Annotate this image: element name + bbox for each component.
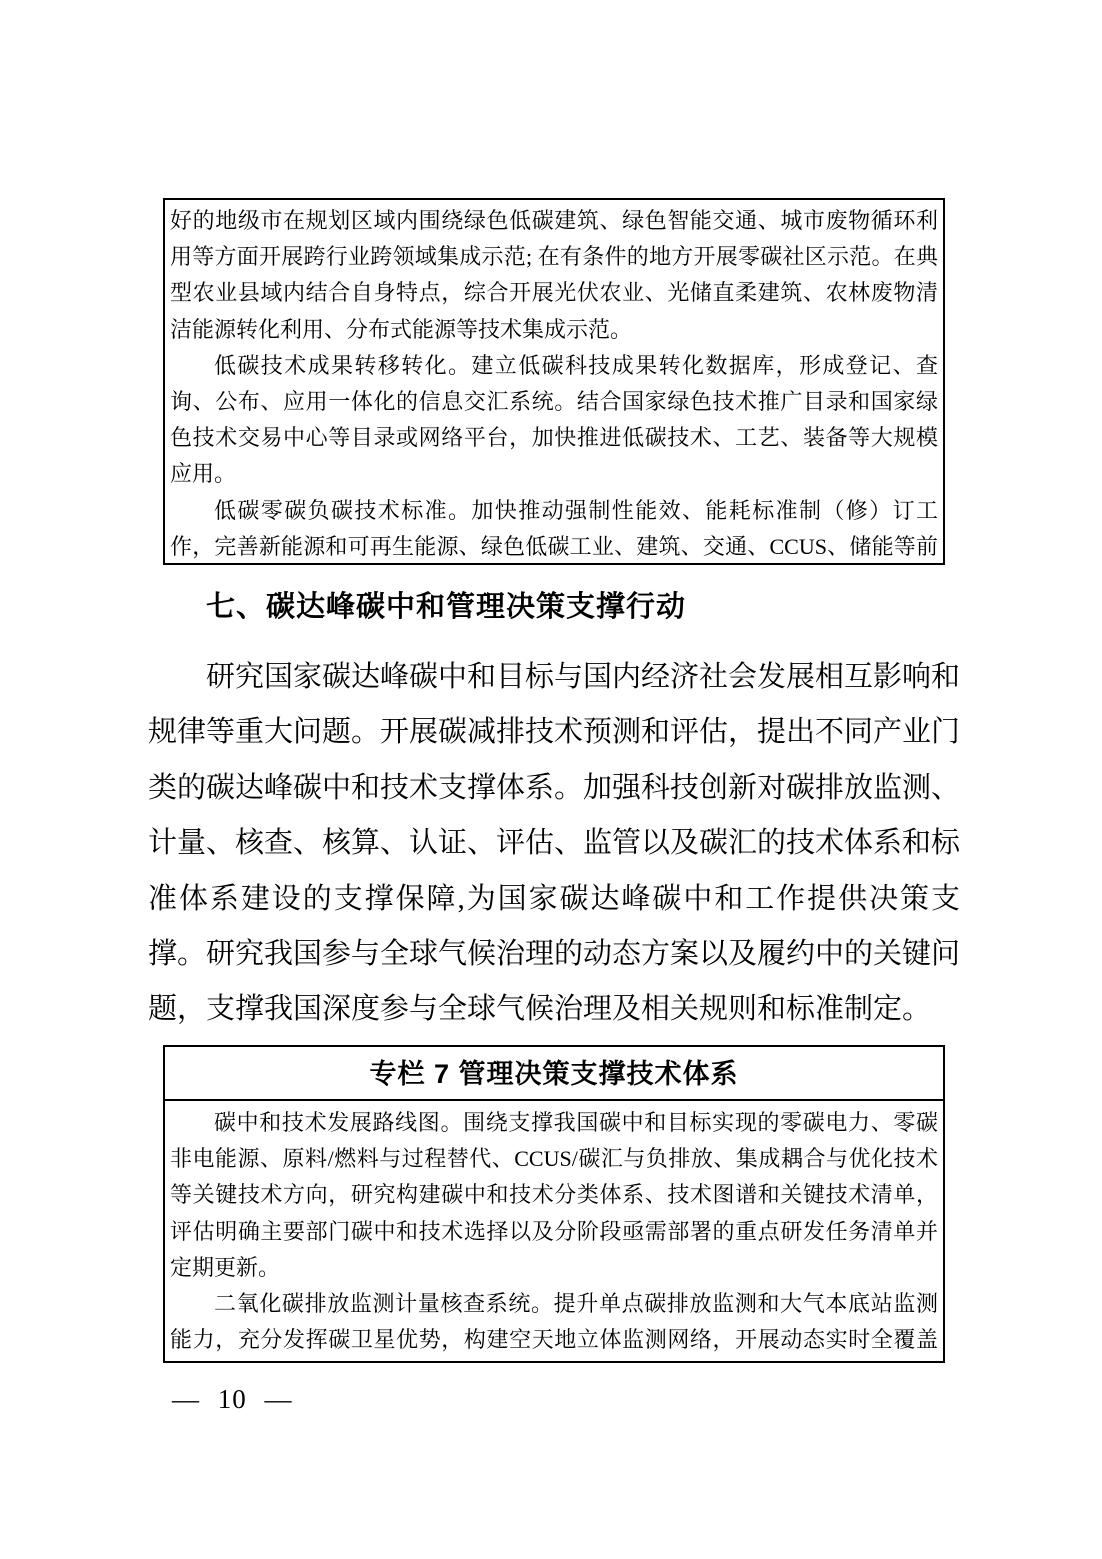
document-page: 好的地级市在规划区域内围绕绿色低碳建筑、绿色智能交通、城市废物循环利用等方面开展… <box>0 0 1102 1559</box>
callout-paragraph: 碳中和技术发展路线图。围绕支撑我国碳中和目标实现的零碳电力、零碳非电能源、原料/… <box>170 1105 938 1286</box>
callout-box-body: 碳中和技术发展路线图。围绕支撑我国碳中和目标实现的零碳电力、零碳非电能源、原料/… <box>165 1101 943 1363</box>
callout-box-title: 专栏 7 管理决策支撑技术体系 <box>165 1047 943 1101</box>
callout-box-continued: 好的地级市在规划区域内围绕绿色低碳建筑、绿色智能交通、城市废物循环利用等方面开展… <box>163 198 945 565</box>
callout-paragraph: 低碳技术成果转移转化。建立低碳科技成果转化数据库，形成登记、查询、公布、应用一体… <box>170 348 938 493</box>
callout-paragraph: 二氧化碳排放监测计量核查系统。提升单点碳排放监测和大气本底站监测能力，充分发挥碳… <box>170 1286 938 1363</box>
callout-paragraph: 低碳零碳负碳技术标准。加快推动强制性能效、能耗标准制（修）订工作，完善新能源和可… <box>170 493 938 565</box>
page-number: — 10 — <box>172 1382 293 1416</box>
body-paragraph: 研究国家碳达峰碳中和目标与国内经济社会发展相互影响和规律等重大问题。开展碳减排技… <box>148 650 960 1038</box>
section-heading: 七、碳达峰碳中和管理决策支撑行动 <box>148 586 960 628</box>
callout-paragraph: 好的地级市在规划区域内围绕绿色低碳建筑、绿色智能交通、城市废物循环利用等方面开展… <box>170 203 938 348</box>
callout-box-column7: 专栏 7 管理决策支撑技术体系 碳中和技术发展路线图。围绕支撑我国碳中和目标实现… <box>163 1045 945 1363</box>
